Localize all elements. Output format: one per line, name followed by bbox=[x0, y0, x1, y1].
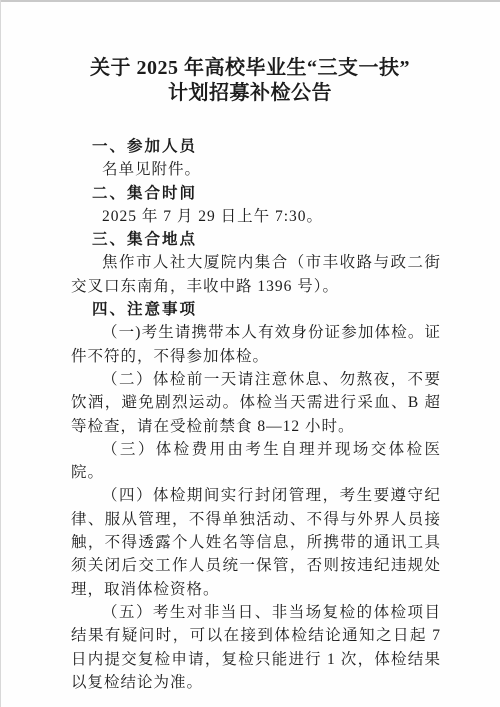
body-paragraph: （五）考生对非当日、非当场复检的体检项目结果有疑问时，可以在接到体检结论通知之日… bbox=[71, 601, 441, 694]
document-title-line-2: 计划招募补检公告 bbox=[0, 81, 500, 106]
section-heading-assembly-time: 二、集合时间 bbox=[71, 182, 441, 205]
document-body: 一、参加人员 名单见附件。 二、集合时间 2025 年 7 月 29 日上午 7… bbox=[71, 135, 441, 694]
body-paragraph: 焦作市人社大厦院内集合（市丰收路与政二街交叉口东南角，丰收中路 1396 号）。 bbox=[71, 251, 441, 298]
body-paragraph: （三）体检费用由考生自理并现场交体检医院。 bbox=[71, 438, 441, 485]
document-title-line-1: 关于 2025 年高校毕业生“三支一扶” bbox=[0, 56, 500, 81]
body-paragraph: （二）体检前一天请注意休息、勿熬夜，不要饮酒，避免剧烈运动。体检当天需进行采血、… bbox=[71, 368, 441, 438]
section-heading-notes: 四、注意事项 bbox=[71, 298, 441, 321]
scan-edge-top bbox=[0, 0, 500, 2]
body-paragraph: 2025 年 7 月 29 日上午 7:30。 bbox=[71, 205, 441, 228]
body-paragraph: （一)考生请携带本人有效身份证参加体检。证件不符的，不得参加体检。 bbox=[71, 321, 441, 368]
section-heading-assembly-place: 三、集合地点 bbox=[71, 228, 441, 251]
body-paragraph: （四）体检期间实行封闭管理，考生要遵守纪律、服从管理，不得单独活动、不得与外界人… bbox=[71, 484, 441, 600]
document-title: 关于 2025 年高校毕业生“三支一扶” 计划招募补检公告 bbox=[0, 56, 500, 106]
section-heading-participants: 一、参加人员 bbox=[71, 135, 441, 158]
document-page: 关于 2025 年高校毕业生“三支一扶” 计划招募补检公告 一、参加人员 名单见… bbox=[0, 0, 500, 707]
scan-edge-left bbox=[0, 0, 1, 707]
body-paragraph: 名单见附件。 bbox=[71, 158, 441, 181]
